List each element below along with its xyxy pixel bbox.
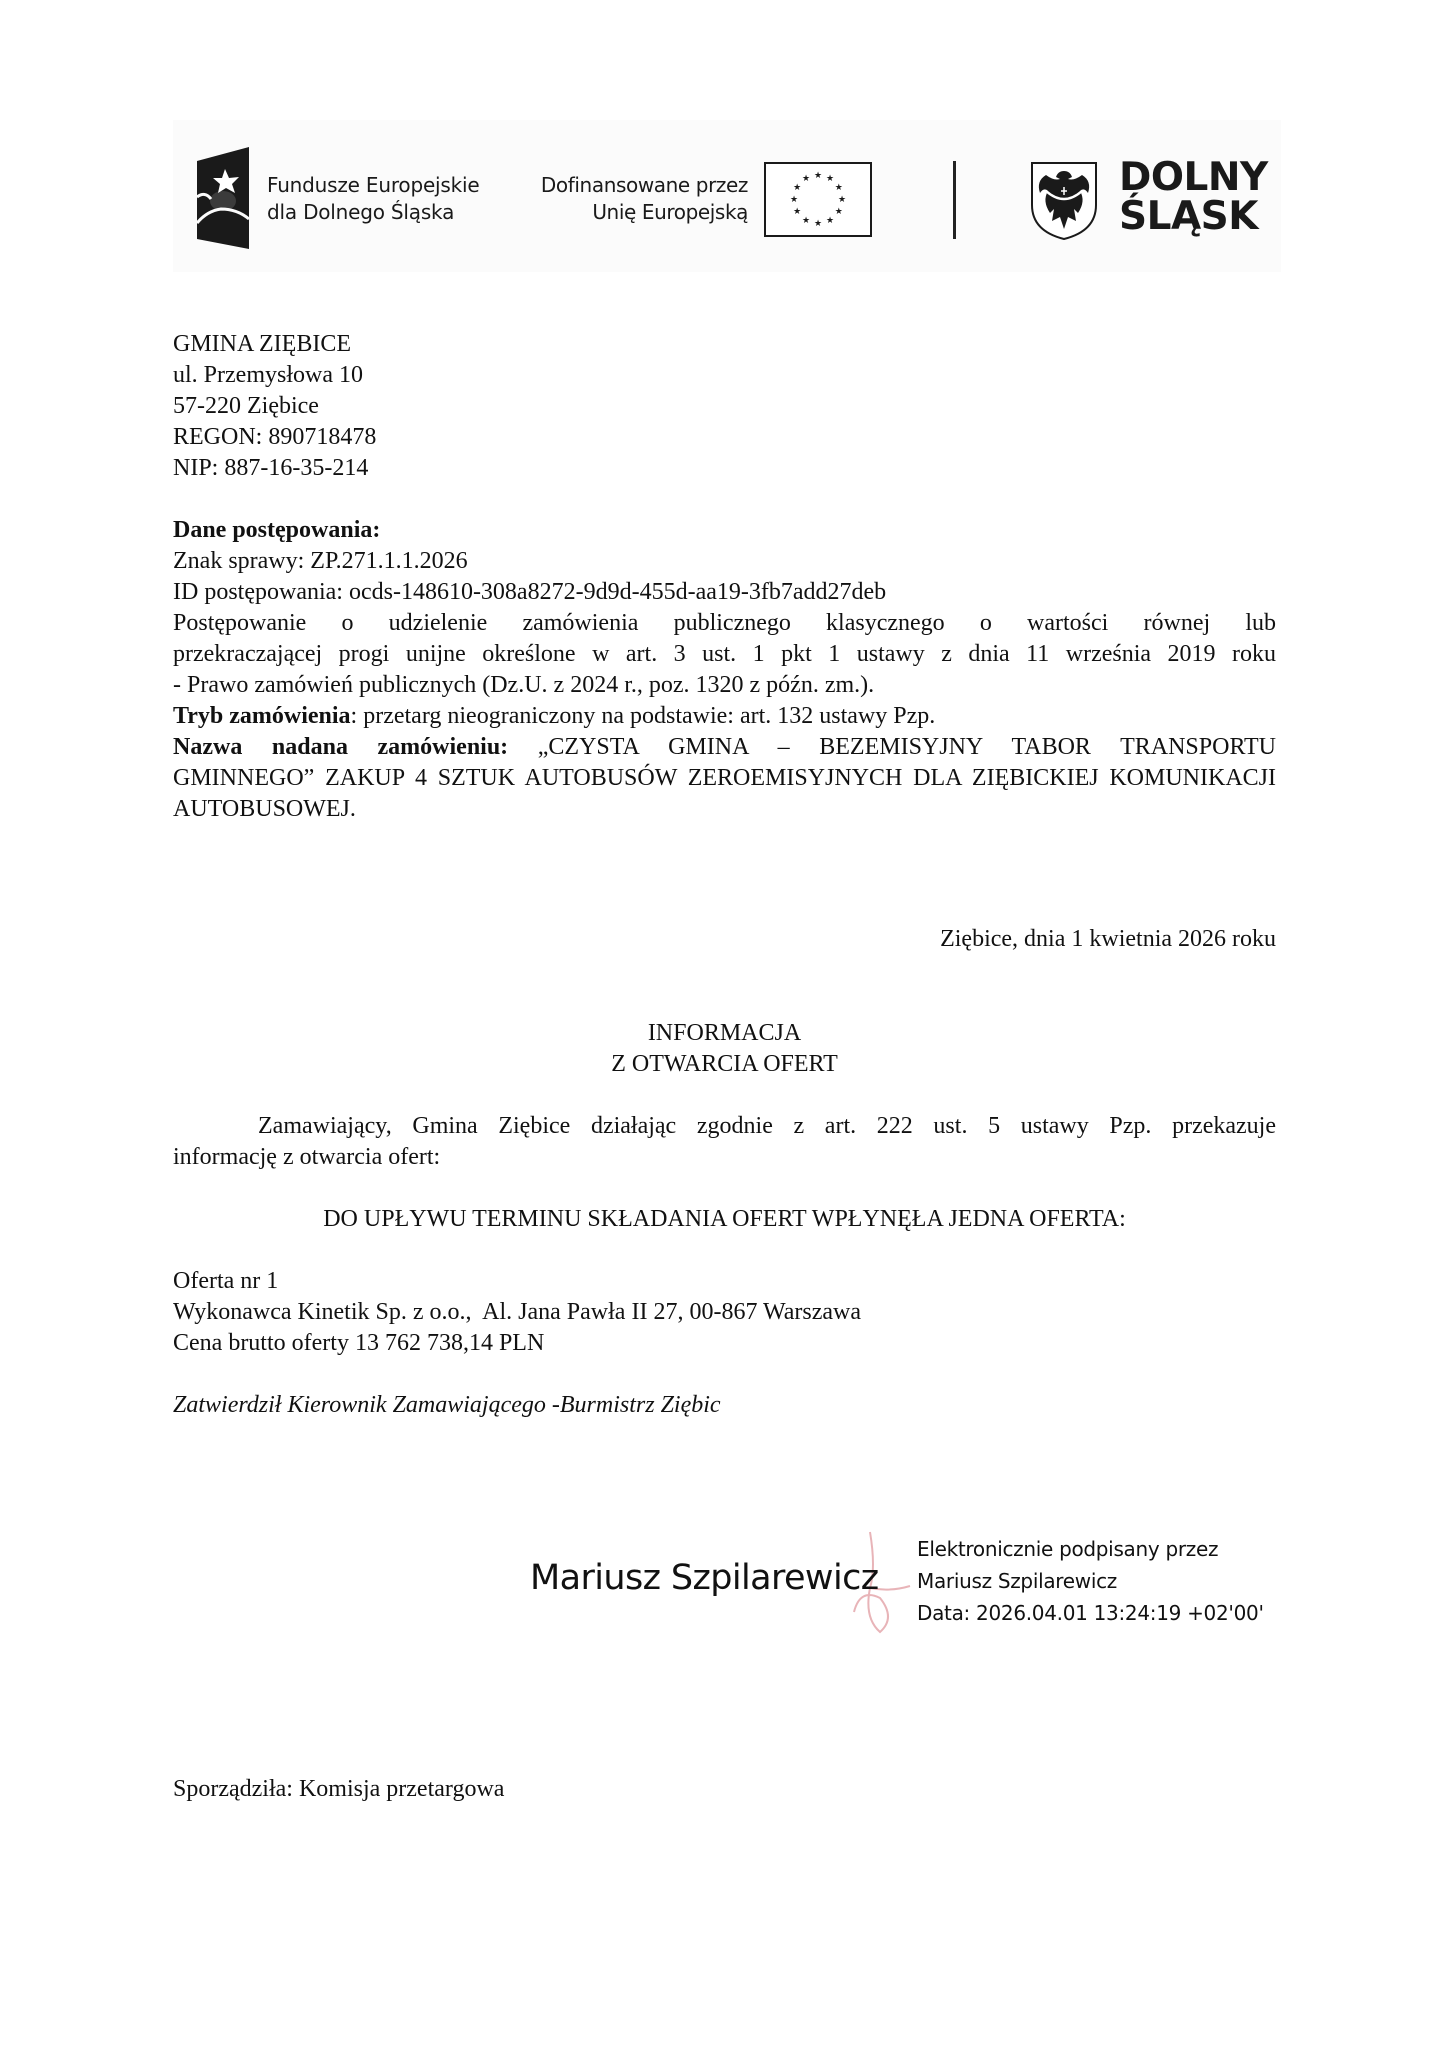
contract-name-label: Nazwa nadana zamówieniu: — [173, 734, 508, 760]
signature-date: Data: 2026.04.01 13:24:19 +02'00' — [917, 1597, 1264, 1629]
offer-number: Oferta nr 1 — [173, 1266, 278, 1297]
intro-line1: Zamawiający, Gmina Ziębice działając zgo… — [258, 1111, 1276, 1142]
proceeding-description-line1: Postępowanie o udzielenie zamówienia pub… — [173, 608, 1276, 639]
svg-text:★: ★ — [838, 194, 846, 204]
signatory-name: Mariusz Szpilarewicz — [530, 1556, 879, 1600]
contract-name-line1: Nazwa nadana zamówieniu: „CZYSTA GMINA –… — [173, 732, 1276, 763]
proceeding-description-line2: przekraczającej progi unijne określone w… — [173, 639, 1276, 670]
svg-text:★: ★ — [814, 170, 822, 180]
logo-divider — [953, 161, 956, 239]
proceeding-description-line3: - Prawo zamówień publicznych (Dz.U. z 20… — [173, 670, 874, 701]
sender-regon: REGON: 890718478 — [173, 422, 376, 453]
svg-text:★: ★ — [793, 206, 801, 216]
svg-text:★: ★ — [802, 215, 810, 225]
svg-text:★: ★ — [826, 215, 834, 225]
document-title-line2: Z OTWARCIA OFERT — [173, 1049, 1276, 1080]
svg-text:★: ★ — [826, 173, 834, 183]
offer-price: Cena brutto oferty 13 762 738,14 PLN — [173, 1328, 544, 1359]
sender-nip: NIP: 887-16-35-214 — [173, 453, 368, 484]
sender-street: ul. Przemysłowa 10 — [173, 360, 363, 391]
signature-line2: Mariusz Szpilarewicz — [917, 1565, 1264, 1597]
offers-notice: DO UPŁYWU TERMINU SKŁADANIA OFERT WPŁYNĘ… — [173, 1204, 1276, 1235]
case-reference: Znak sprawy: ZP.271.1.1.2026 — [173, 546, 468, 577]
proceeding-id: ID postępowania: ocds-148610-308a8272-9d… — [173, 577, 886, 608]
svg-text:★: ★ — [835, 182, 843, 192]
contract-name-line3: AUTOBUSOWEJ. — [173, 794, 356, 825]
signature-line1: Elektronicznie podpisany przez — [917, 1533, 1264, 1565]
signature-details: Elektronicznie podpisany przez Mariusz S… — [917, 1533, 1264, 1629]
procurement-mode-value: : przetarg nieograniczony na podstawie: … — [351, 703, 936, 729]
coat-of-arms-eagle-icon — [1030, 161, 1098, 241]
svg-text:★: ★ — [790, 194, 798, 204]
contract-name-line2: GMINNEGO” ZAKUP 4 SZTUK AUTOBUSÓW ZEROEM… — [173, 763, 1276, 794]
offer-contractor: Wykonawca Kinetik Sp. z o.o., Al. Jana P… — [173, 1297, 861, 1328]
svg-text:★: ★ — [793, 182, 801, 192]
place-date: Ziębice, dnia 1 kwietnia 2026 roku — [173, 924, 1276, 955]
intro-line2: informację z otwarcia ofert: — [173, 1142, 440, 1173]
svg-text:★: ★ — [802, 173, 810, 183]
proceedings-heading: Dane postępowania: — [173, 515, 380, 546]
sender-name: GMINA ZIĘBICE — [173, 329, 351, 360]
eu-cofinanced-text: Dofinansowane przez Unię Europejską — [530, 172, 748, 226]
prepared-by: Sporządziła: Komisja przetargowa — [173, 1774, 504, 1805]
fe-logo-icon — [197, 147, 251, 249]
dolny-slask-logo-text: DOLNY ŚLĄSK — [1119, 158, 1268, 236]
fe-logo-text: Fundusze Europejskie dla Dolnego Śląska — [267, 172, 479, 226]
eu-flag-icon: ★★★★★★★★★★★★ — [764, 162, 872, 237]
sender-city: 57-220 Ziębice — [173, 391, 319, 422]
approval-note: Zatwierdził Kierownik Zamawiającego -Bur… — [173, 1390, 721, 1421]
svg-text:★: ★ — [814, 218, 822, 228]
procurement-mode: Tryb zamówienia: przetarg nieograniczony… — [173, 701, 935, 732]
document-title-line1: INFORMACJA — [173, 1018, 1276, 1049]
procurement-mode-label: Tryb zamówienia — [173, 703, 351, 729]
svg-text:★: ★ — [835, 206, 843, 216]
